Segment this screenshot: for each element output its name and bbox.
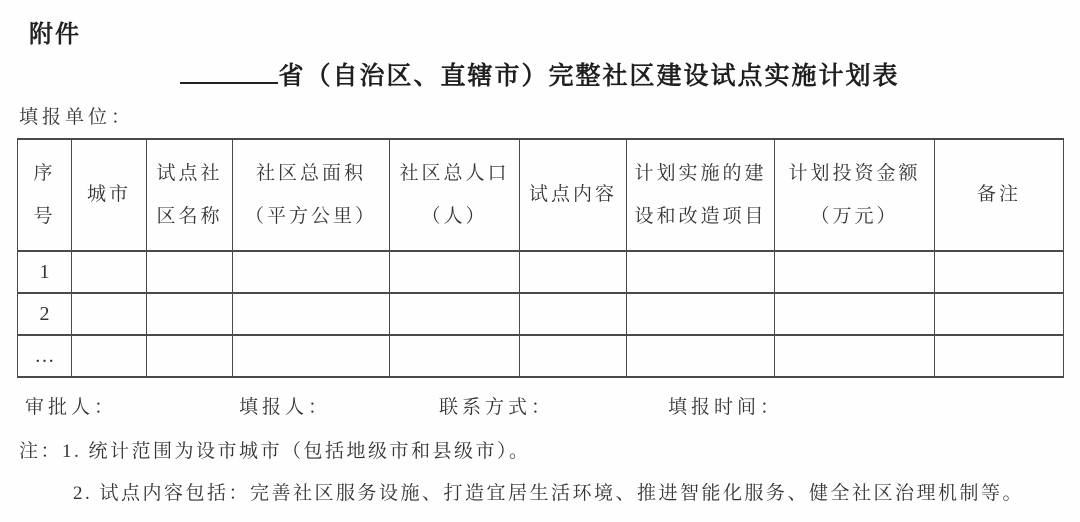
- header-line: 号: [18, 206, 71, 228]
- document-page: 附件 省（自治区、直辖市）完整社区建设试点实施计划表 填报单位： 序: [0, 0, 1080, 522]
- col-header-serial: 序 号: [18, 139, 72, 251]
- header-line: （万元）: [775, 206, 934, 228]
- row-number-cell: 2: [18, 293, 72, 335]
- empty-cell: [147, 335, 233, 377]
- col-header-city: 城市: [72, 139, 147, 251]
- approver-label: 审批人：: [25, 392, 117, 419]
- empty-cell: [935, 293, 1064, 335]
- empty-cell: [775, 251, 935, 293]
- note-2: 2. 试点内容包括：完善社区服务设施、打造宜居生活环境、推进智能化服务、健全社区…: [73, 478, 1024, 505]
- signature-fields-row: 审批人： 填报人： 联系方式： 填报时间：: [0, 392, 1080, 420]
- title-blank-line: [180, 82, 278, 84]
- empty-cell: [775, 335, 935, 377]
- empty-cell: [72, 293, 147, 335]
- empty-cell: [390, 335, 520, 377]
- row-number-cell: 1: [18, 251, 72, 293]
- table-row: …: [18, 335, 1064, 377]
- col-header-pilot-content: 试点内容: [520, 139, 627, 251]
- col-header-pilot-community-name: 试点社 区名称: [147, 139, 233, 251]
- empty-cell: [627, 251, 775, 293]
- header-line: 试点内容: [520, 184, 626, 206]
- empty-cell: [627, 335, 775, 377]
- header-row: 序 号 城市 试点社 区名称 社区总面积 （平方公里）: [18, 139, 1064, 251]
- header-line: 备注: [935, 184, 1063, 206]
- col-header-planned-investment: 计划投资金额 （万元）: [775, 139, 935, 251]
- col-header-planned-projects: 计划实施的建 设和改造项目: [627, 139, 775, 251]
- header-line: （平方公里）: [233, 206, 389, 228]
- header-line: 社区总人口: [390, 163, 519, 185]
- header-line: 设和改造项目: [627, 206, 774, 228]
- row-number-cell: …: [18, 335, 72, 377]
- note-1: 注：1. 统计范围为设市城市（包括地级市和县级市）。: [19, 436, 531, 463]
- empty-cell: [147, 293, 233, 335]
- empty-cell: [935, 251, 1064, 293]
- table-row: 1: [18, 251, 1064, 293]
- filler-label: 填报人：: [239, 392, 331, 419]
- header-line: 计划投资金额: [775, 163, 934, 185]
- header-line: 区名称: [147, 206, 232, 228]
- header-line: （人）: [390, 206, 519, 228]
- reporting-unit-label: 填报单位：: [19, 102, 134, 129]
- header-line: 计划实施的建: [627, 163, 774, 185]
- col-header-total-population: 社区总人口 （人）: [390, 139, 520, 251]
- table-row: 2: [18, 293, 1064, 335]
- empty-cell: [72, 335, 147, 377]
- attachment-label: 附件: [29, 14, 81, 49]
- fill-date-label: 填报时间：: [668, 392, 783, 419]
- empty-cell: [775, 293, 935, 335]
- col-header-remarks: 备注: [935, 139, 1064, 251]
- empty-cell: [390, 251, 520, 293]
- empty-cell: [935, 335, 1064, 377]
- empty-cell: [627, 293, 775, 335]
- header-line: 城市: [72, 184, 146, 206]
- plan-table: 序 号 城市 试点社 区名称 社区总面积 （平方公里）: [17, 138, 1063, 378]
- empty-cell: [233, 293, 390, 335]
- empty-cell: [520, 293, 627, 335]
- empty-cell: [147, 251, 233, 293]
- header-line: 社区总面积: [233, 163, 389, 185]
- empty-cell: [520, 251, 627, 293]
- empty-cell: [520, 335, 627, 377]
- empty-cell: [390, 293, 520, 335]
- empty-cell: [233, 251, 390, 293]
- contact-label: 联系方式：: [439, 392, 554, 419]
- empty-cell: [72, 251, 147, 293]
- col-header-total-area: 社区总面积 （平方公里）: [233, 139, 390, 251]
- header-line: 序: [18, 163, 71, 185]
- page-title-text: 省（自治区、直辖市）完整社区建设试点实施计划表: [278, 63, 899, 90]
- page-title: 省（自治区、直辖市）完整社区建设试点实施计划表: [0, 56, 1080, 92]
- header-line: 试点社: [147, 163, 232, 185]
- empty-cell: [233, 335, 390, 377]
